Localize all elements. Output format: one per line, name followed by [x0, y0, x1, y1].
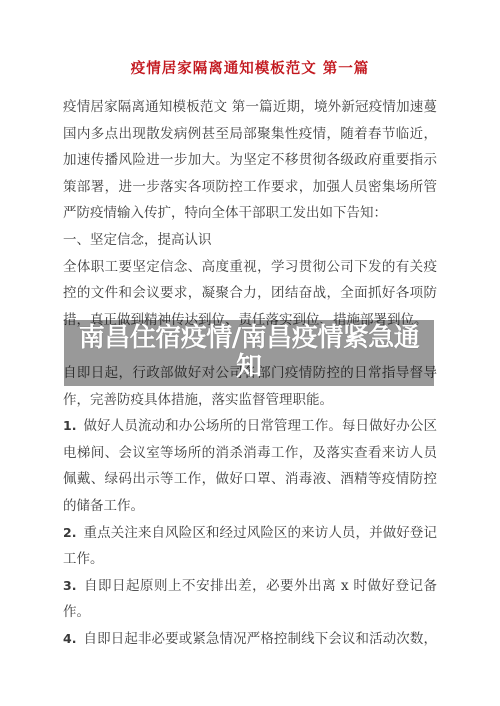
document-line: 加速传播风险进一步加大。为坚定不移贯彻各级政府重要指示和决	[63, 147, 437, 174]
list-number: 4.	[63, 631, 76, 646]
document-line: 一、坚定信念，提高认识	[63, 227, 437, 254]
document-line: 作，完善防疫具体措施，落实监督管理职能。	[63, 387, 437, 414]
document-line: 疫情居家隔离通知模板范文 第一篇近期，境外新冠疫情加速蔓延，	[63, 94, 437, 121]
document-line: 2.重点关注来自风险区和经过风险区的来访人员，并做好登记备案	[63, 520, 437, 547]
line-text: 做好人员流动和办公场所的日常管理工作。每日做好办公区域、	[63, 418, 437, 440]
document-line: 策部署，进一步落实各项防控工作要求，加强人员密集场所管控，	[63, 174, 437, 201]
document-page: 疫情居家隔离通知模板范文 第一篇 疫情居家隔离通知模板范文 第一篇近期，境外新冠…	[0, 0, 500, 706]
document-line: 作。	[63, 599, 437, 626]
document-line: 严防疫情输入传扩，特向全体干部职工发出如下告知：	[63, 200, 437, 227]
overlay-banner-title-line2: 知	[64, 353, 434, 381]
overlay-banner-title-line1: 南昌住宿疫情/南昌疫情紧急通	[64, 323, 434, 353]
document-line: 国内多点出现散发病例甚至局部聚集性疫情，随着春节临近，疫情	[63, 121, 437, 148]
document-line: 4.自即日起非必要或紧急情况严格控制线下会议和活动次数，倡导	[63, 626, 437, 653]
document-line: 工作。	[63, 546, 437, 573]
document-line: 3.自即日起原则上不安排出差，必要外出离 x 时做好登记备案工	[63, 573, 437, 600]
list-number: 3.	[63, 578, 76, 593]
document-line: 佩戴、绿码出示等工作，做好口罩、消毒液、酒精等疫情防控物资	[63, 466, 437, 493]
document-line: 1.做好人员流动和办公场所的日常管理工作。每日做好办公区域、	[63, 413, 437, 440]
document-title: 疫情居家隔离通知模板范文 第一篇	[63, 58, 437, 80]
document-line: 控的文件和会议要求，凝聚合力，团结奋战，全面抓好各项防控举	[63, 280, 437, 307]
line-text: 自即日起非必要或紧急情况严格控制线下会议和活动次数，倡导	[63, 631, 437, 653]
list-number: 2.	[63, 525, 76, 540]
line-text: 自即日起原则上不安排出差，必要外出离 x 时做好登记备案工	[63, 578, 437, 600]
overlay-banner: 南昌住宿疫情/南昌疫情紧急通 知	[64, 320, 434, 386]
document-line: 电梯间、会议室等场所的消杀消毒工作，及落实查看来访人员口罩	[63, 440, 437, 467]
line-text: 重点关注来自风险区和经过风险区的来访人员，并做好登记备案	[63, 525, 437, 547]
document-line: 的储备工作。	[63, 493, 437, 520]
list-number: 1.	[63, 418, 76, 433]
document-line: 全体职工要坚定信念、高度重视，学习贯彻公司下发的有关疫情防	[63, 254, 437, 281]
